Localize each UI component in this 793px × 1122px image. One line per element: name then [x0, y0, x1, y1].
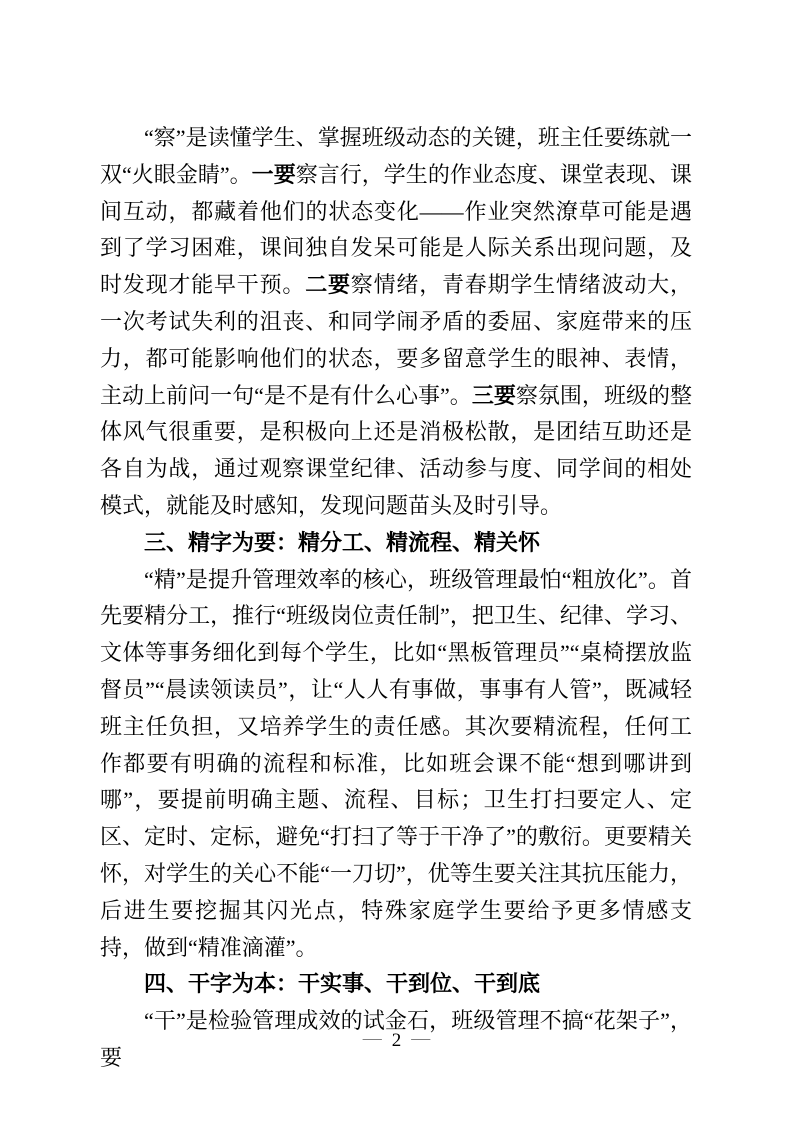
footer-dash-left: —: [363, 1028, 382, 1049]
page-number: 2: [392, 1030, 402, 1051]
section-heading: 三、精字为要：精分工、精流程、精关怀: [100, 525, 692, 562]
emphasis-text: 二要: [305, 272, 351, 297]
text-run: “精”是提升管理效率的核心，班级管理最怕“粗放化”。首先要精分工，推行“班级岗位…: [100, 567, 692, 960]
document-body: “察”是读懂学生、掌握班级动态的关键，班主任要练就一双“火眼金睛”。一要察言行，…: [100, 120, 692, 1077]
emphasis-text: 三、精字为要：精分工、精流程、精关怀: [144, 530, 540, 555]
footer-dash-right: —: [411, 1028, 430, 1049]
emphasis-text: 四、干字为本：干实事、干到位、干到底: [144, 971, 540, 996]
page-footer: —2—: [0, 1030, 793, 1052]
emphasis-text: 一要: [252, 162, 296, 187]
body-paragraph: “精”是提升管理效率的核心，班级管理最怕“粗放化”。首先要精分工，推行“班级岗位…: [100, 562, 692, 967]
section-heading: 四、干字为本：干实事、干到位、干到底: [100, 966, 692, 1003]
emphasis-text: 三要: [472, 383, 516, 408]
body-paragraph: “察”是读懂学生、掌握班级动态的关键，班主任要练就一双“火眼金睛”。一要察言行，…: [100, 120, 692, 525]
document-page: “察”是读懂学生、掌握班级动态的关键，班主任要练就一双“火眼金睛”。一要察言行，…: [0, 0, 793, 1122]
